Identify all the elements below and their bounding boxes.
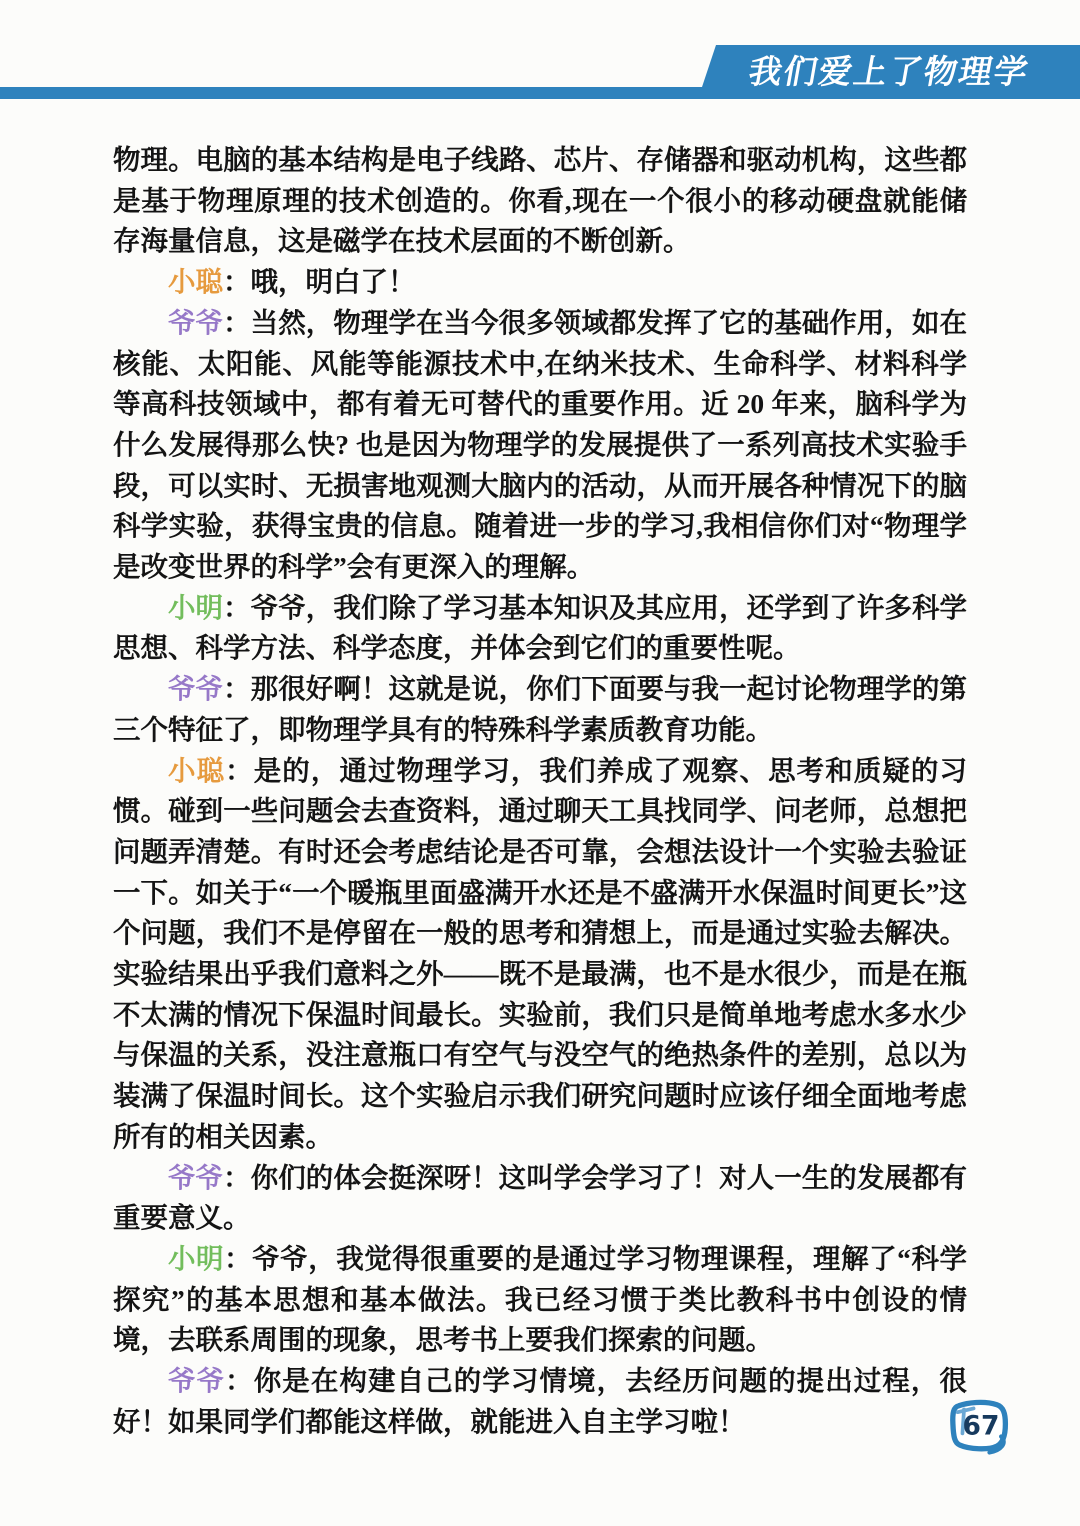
speaker-name: 爷爷 xyxy=(168,307,223,338)
speaker-colon: ： xyxy=(223,307,251,338)
speaker-name: 小聪 xyxy=(168,755,225,786)
speaker-name: 小明 xyxy=(168,592,223,623)
dialogue-text: 是的，通过物理学习，我们养成了观察、思考和质疑的习惯。碰到一些问题会去查资料，通… xyxy=(113,755,967,1152)
speaker-colon: ： xyxy=(225,755,254,786)
dialogue-paragraph: 小明：爷爷，我觉得很重要的是通过学习物理课程，理解了“科学探究”的基本思想和基本… xyxy=(113,1239,967,1361)
speaker-colon: ： xyxy=(223,1162,251,1193)
speaker-colon: ： xyxy=(223,592,251,623)
dialogue-text: 哦，明白了！ xyxy=(251,266,416,297)
chapter-title: 我们爱上了物理学 xyxy=(744,46,1033,99)
speaker-name: 爷爷 xyxy=(168,1162,223,1193)
dialogue-paragraph: 小明：爷爷，我们除了学习基本知识及其应用，还学到了许多科学思想、科学方法、科学态… xyxy=(113,588,967,669)
speaker-colon: ： xyxy=(224,1243,252,1274)
speaker-name: 爷爷 xyxy=(168,1365,225,1396)
dialogue-paragraph: 爷爷：你们的体会挺深呀！这叫学会学习了！对人一生的发展都有重要意义。 xyxy=(113,1158,967,1239)
page-number: 67 xyxy=(963,1410,1000,1441)
speaker-name: 小明 xyxy=(168,1243,224,1274)
speaker-colon: ： xyxy=(225,1365,254,1396)
dialogue-paragraph: 爷爷：你是在构建自己的学习情境，去经历问题的提出过程，很好！如果同学们都能这样做… xyxy=(113,1361,967,1442)
dialogue-paragraph: 爷爷：那很好啊！这就是说，你们下面要与我一起讨论物理学的第三个特征了，即物理学具… xyxy=(113,669,967,750)
dialogue-paragraph: 小聪：哦，明白了！ xyxy=(113,262,967,303)
continuation-paragraph: 物理。电脑的基本结构是电子线路、芯片、存储器和驱动机构，这些都是基于物理原理的技… xyxy=(113,140,967,262)
speaker-name: 爷爷 xyxy=(168,673,223,704)
page-number-badge: 67 xyxy=(946,1396,1016,1458)
speaker-colon: ： xyxy=(223,266,251,297)
chapter-title-box: 我们爱上了物理学 xyxy=(698,45,1080,99)
dialogue: 物理。电脑的基本结构是电子线路、芯片、存储器和驱动机构，这些都是基于物理原理的技… xyxy=(113,140,967,1443)
dialogue-paragraph: 爷爷：当然，物理学在当今很多领域都发挥了它的基础作用，如在核能、太阳能、风能等能… xyxy=(113,303,967,588)
brush-square-icon: 67 xyxy=(946,1396,1016,1458)
dialogue-text: 当然，物理学在当今很多领域都发挥了它的基础作用，如在核能、太阳能、风能等能源技术… xyxy=(113,307,967,582)
speaker-name: 小聪 xyxy=(168,266,223,297)
dialogue-paragraph: 小聪：是的，通过物理学习，我们养成了观察、思考和质疑的习惯。碰到一些问题会去查资… xyxy=(113,751,967,1158)
speaker-colon: ： xyxy=(223,673,251,704)
